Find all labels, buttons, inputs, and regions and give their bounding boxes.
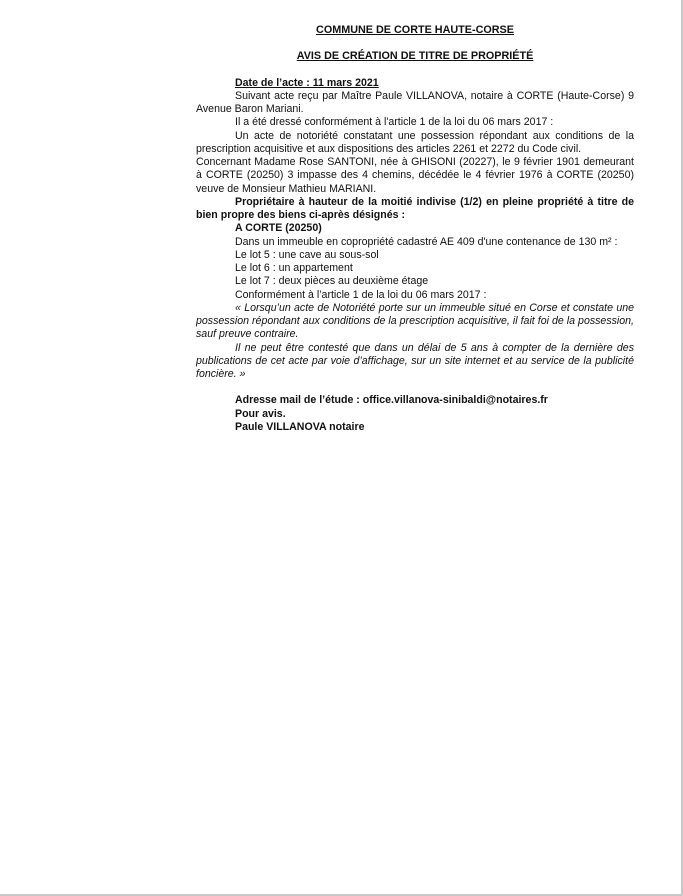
lot-item: Le lot 7 : deux pièces au deuxième étage: [196, 275, 634, 288]
for-notice-line: Pour avis.: [235, 408, 634, 422]
signatory-line: Paule VILLANOVA notaire: [235, 421, 634, 435]
quote-part-2: Il ne peut être contesté que dans un dél…: [196, 342, 634, 382]
quote-part-1: « Lorsqu’un acte de Notoriété porte sur …: [196, 302, 634, 342]
law-reference-2: Conformément à l’article 1 de la loi du …: [196, 289, 634, 302]
legal-notice-document: COMMUNE DE CORTE HAUTE-CORSE AVIS DE CRÉ…: [196, 24, 634, 435]
act-date-line: Date de l’acte : 11 mars 2021: [196, 77, 634, 90]
lot-item: Le lot 5 : une cave au sous-sol: [196, 249, 634, 262]
concerning-paragraph: Concernant Madame Rose SANTONI, née à GH…: [196, 156, 634, 196]
property-location: A CORTE (20250): [196, 222, 634, 235]
notary-paragraph: Suivant acte reçu par Maître Paule VILLA…: [196, 90, 634, 117]
office-email-line: Adresse mail de l’étude : office.villano…: [235, 394, 634, 408]
notice-title: AVIS DE CRÉATION DE TITRE DE PROPRIÉTÉ: [196, 50, 634, 63]
act-date: Date de l’acte : 11 mars 2021: [235, 77, 379, 89]
law-reference: Il a été dressé conformément à l'article…: [196, 116, 634, 129]
signature-block: Adresse mail de l’étude : office.villano…: [196, 394, 634, 435]
lot-item: Le lot 6 : un appartement: [196, 262, 634, 275]
ownership-paragraph: Propriétaire à hauteur de la moitié indi…: [196, 196, 634, 223]
act-description: Un acte de notoriété constatant une poss…: [196, 130, 634, 157]
commune-heading: COMMUNE DE CORTE HAUTE-CORSE: [196, 24, 634, 37]
building-paragraph: Dans un immeuble en copropriété cadastré…: [196, 236, 634, 249]
